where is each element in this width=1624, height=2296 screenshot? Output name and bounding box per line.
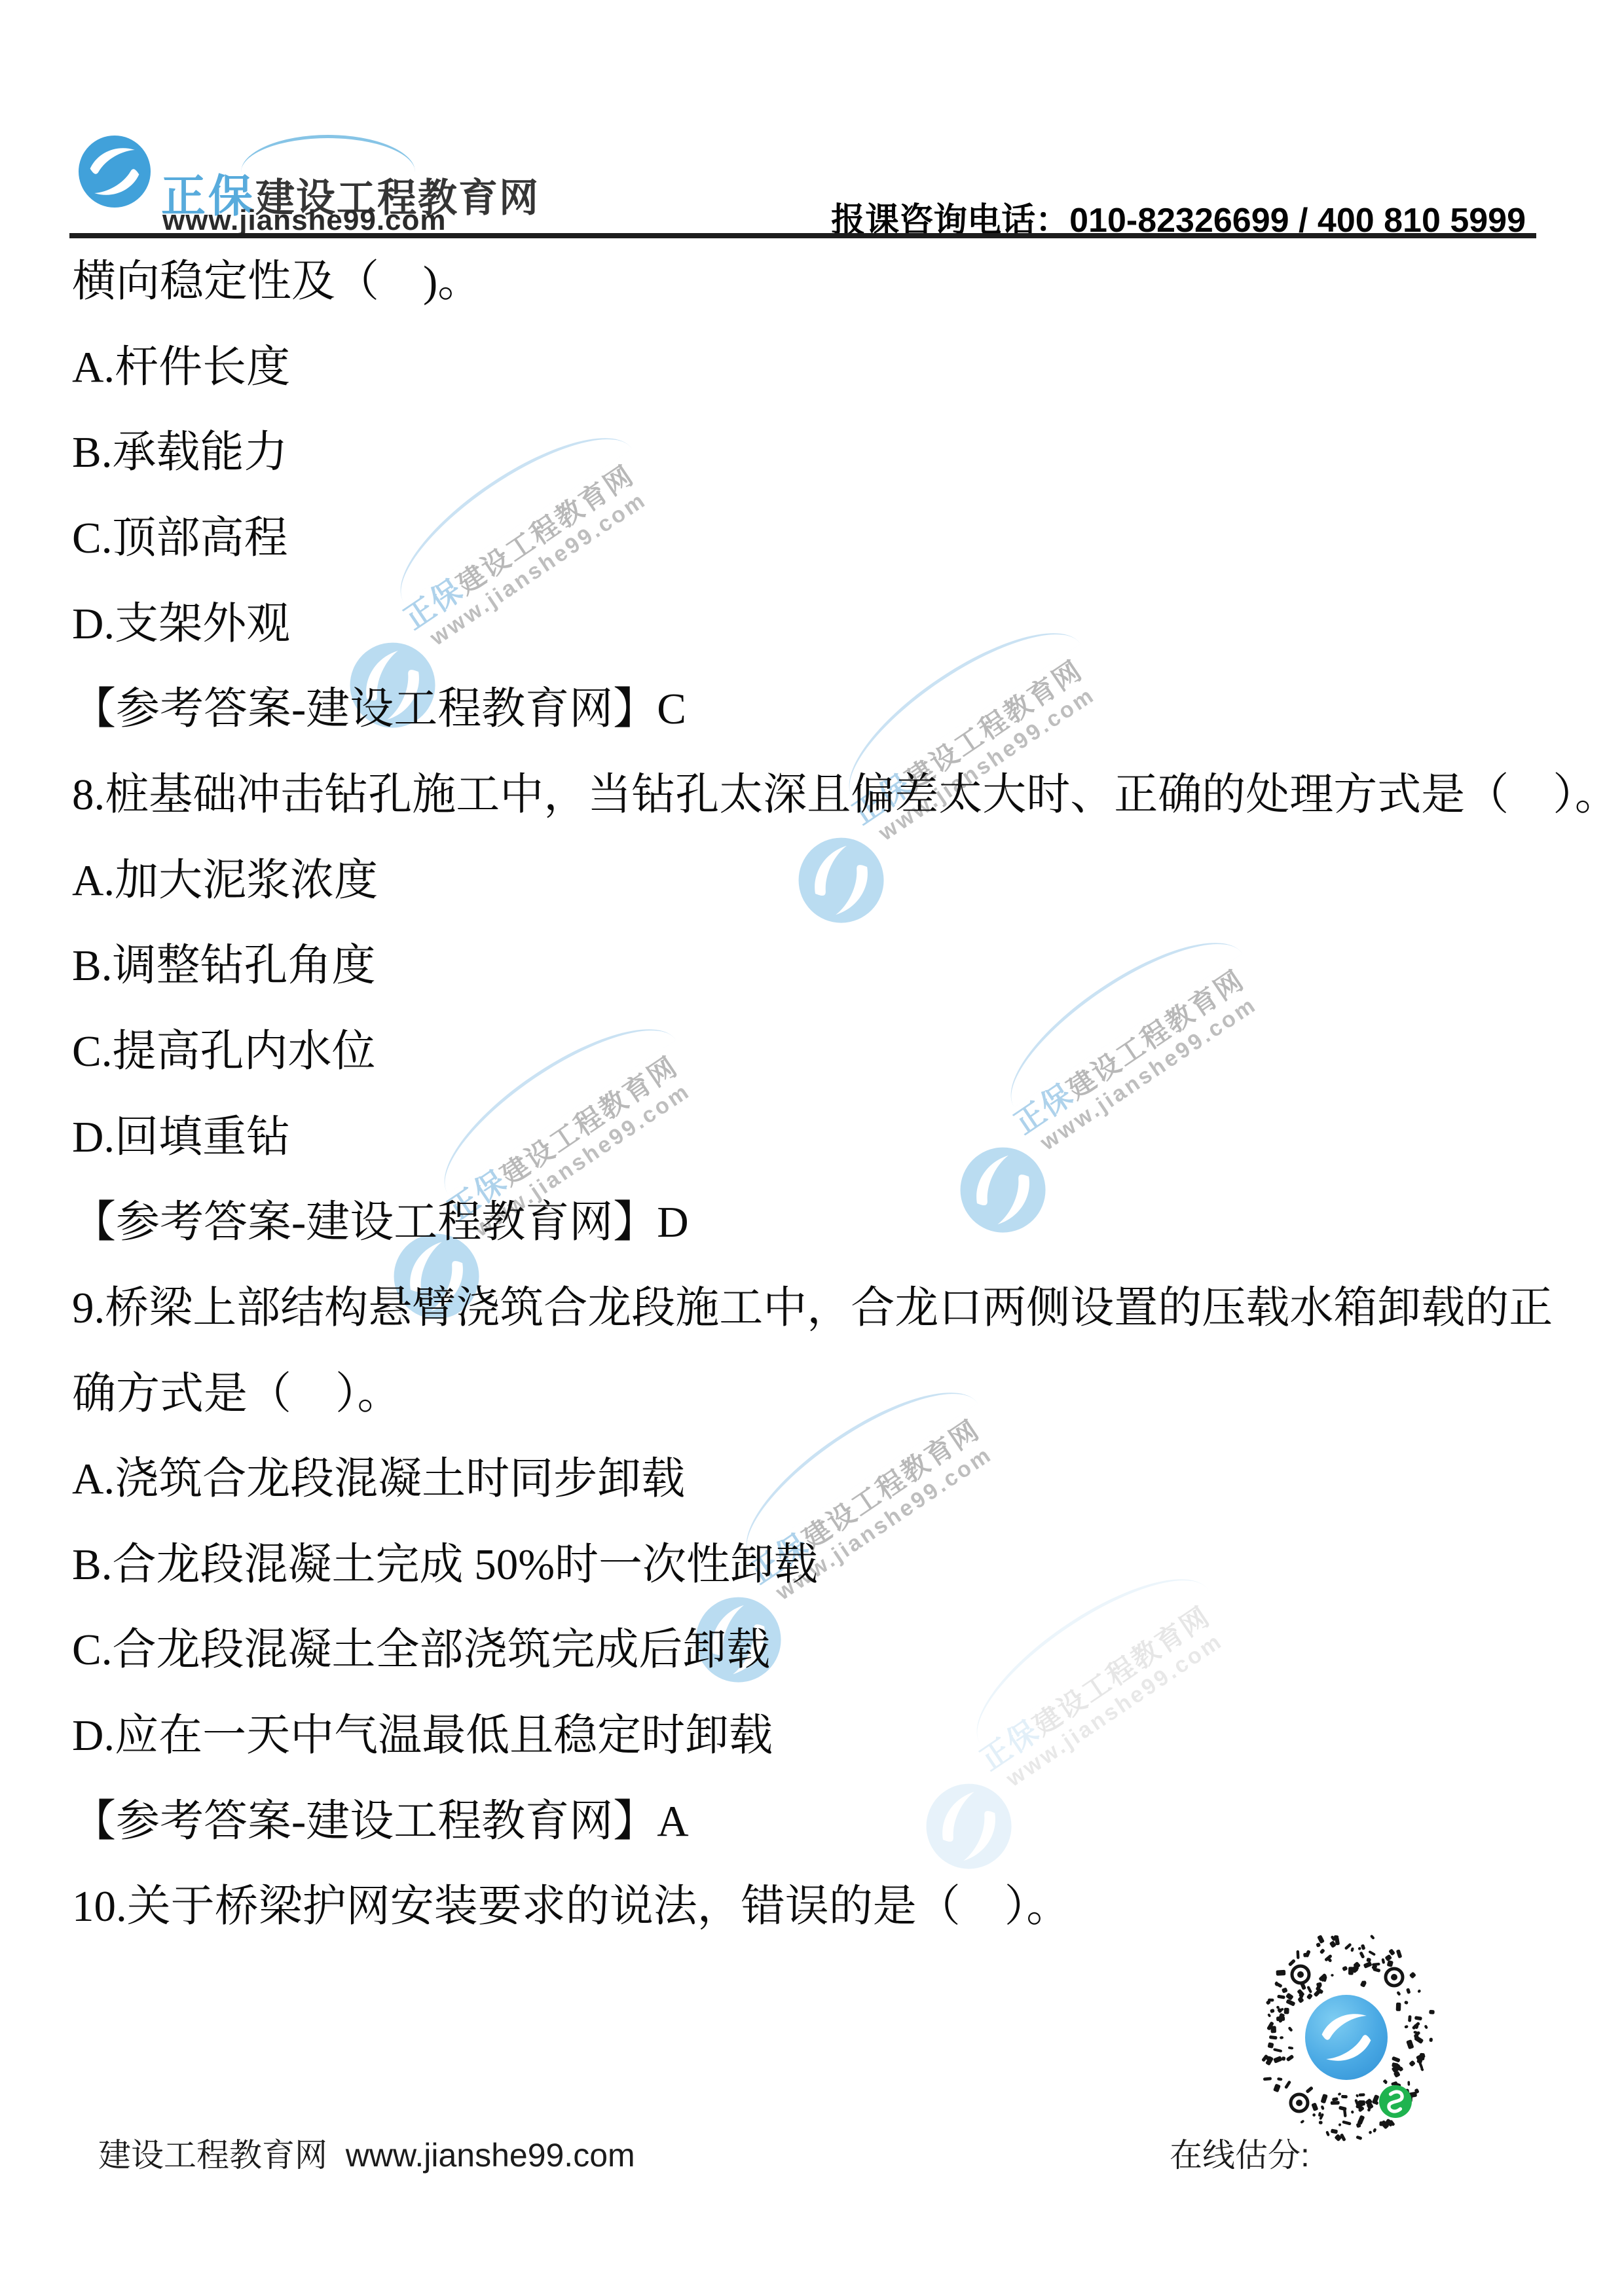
watermark-url: www.jianshe99.com	[426, 487, 652, 651]
option-text: B.调整钻孔角度	[72, 939, 375, 992]
watermark-name: 建设工程教育网	[797, 1413, 985, 1554]
brand-url-label: www.jianshe99.com	[162, 204, 447, 237]
watermark-brand: 正保	[974, 1713, 1045, 1777]
qr-miniprogram-icon	[1379, 2085, 1412, 2118]
question-text: 确方式是（ ）。	[72, 1368, 401, 1420]
watermark-name: 建设工程教育网	[451, 459, 639, 600]
answer-text: 【参考答案-建设工程教育网】A	[72, 1795, 689, 1848]
answer-text: 【参考答案-建设工程教育网】D	[72, 1196, 689, 1248]
option-text: B.承载能力	[72, 426, 287, 479]
watermark-arc	[952, 1548, 1208, 1744]
watermark-arc	[722, 1362, 978, 1558]
option-text: B.合龙段混凝土完成 50%时一次性卸载	[72, 1539, 818, 1591]
option-text: C.提高孔内水位	[72, 1025, 375, 1078]
option-text: A.杆件长度	[72, 341, 290, 393]
header-divider	[69, 233, 1536, 238]
watermark-logo-icon	[910, 1767, 1027, 1885]
option-text: A.浇筑合龙段混凝土时同步卸载	[72, 1453, 685, 1505]
qr-center-logo-icon	[1305, 1995, 1388, 2080]
watermark-brand: 正保	[1008, 1077, 1079, 1140]
watermark-name: 建设工程教育网	[1061, 964, 1249, 1104]
footer-score-label: 在线估分:	[1170, 2129, 1310, 2176]
watermark-url: www.jianshe99.com	[874, 682, 1100, 846]
answer-text: 【参考答案-建设工程教育网】C	[72, 683, 686, 735]
footer-site-label: 建设工程教育网 www.jianshe99.com	[98, 2129, 635, 2176]
option-text: D.应在一天中气温最低且稳定时卸载	[72, 1709, 773, 1762]
watermark: 正保建设工程教育网 www.jianshe99.com	[909, 907, 1323, 1257]
watermark-arc	[986, 912, 1242, 1108]
watermark: 正保建设工程教育网 www.jianshe99.com	[875, 1544, 1289, 1893]
question-text: 8.桩基础冲击钻孔施工中，当钻孔太深且偏差太大时、正确的处理方式是（ ）。	[72, 769, 1619, 821]
document-page: 正保建设工程教育网 www.jianshe99.com 正保建设工程教育网 ww…	[0, 0, 1624, 2296]
option-text: D.回填重钻	[72, 1111, 290, 1163]
option-text: C.合龙段混凝土全部浇筑完成后卸载	[72, 1624, 770, 1676]
watermark-logo-icon	[782, 821, 900, 939]
question-text: 9.桥梁上部结构悬臂浇筑合龙段施工中，合龙口两侧设置的压载水箱卸载的正	[72, 1282, 1553, 1334]
watermark-arc	[420, 998, 676, 1194]
option-text: D.支架外观	[72, 598, 290, 650]
watermark-name: 建设工程教育网	[495, 1050, 683, 1191]
watermark-arc	[376, 407, 632, 603]
watermark-name: 建设工程教育网	[1027, 1600, 1215, 1741]
brand-logo-icon	[79, 135, 151, 208]
question-text: 10.关于桥梁护网安装要求的说法，错误的是（ ）。	[72, 1880, 1070, 1933]
wechat-qr-code	[1241, 1928, 1457, 2144]
option-text: A.加大泥浆浓度	[72, 854, 378, 907]
question-text: 横向稳定性及（ )。	[72, 255, 481, 308]
option-text: C.顶部高程	[72, 512, 287, 564]
watermark-brand: 正保	[397, 572, 469, 636]
watermark-logo-icon	[944, 1131, 1061, 1248]
watermark-url: www.jianshe99.com	[1002, 1628, 1228, 1792]
watermark-url: www.jianshe99.com	[1036, 992, 1262, 1156]
